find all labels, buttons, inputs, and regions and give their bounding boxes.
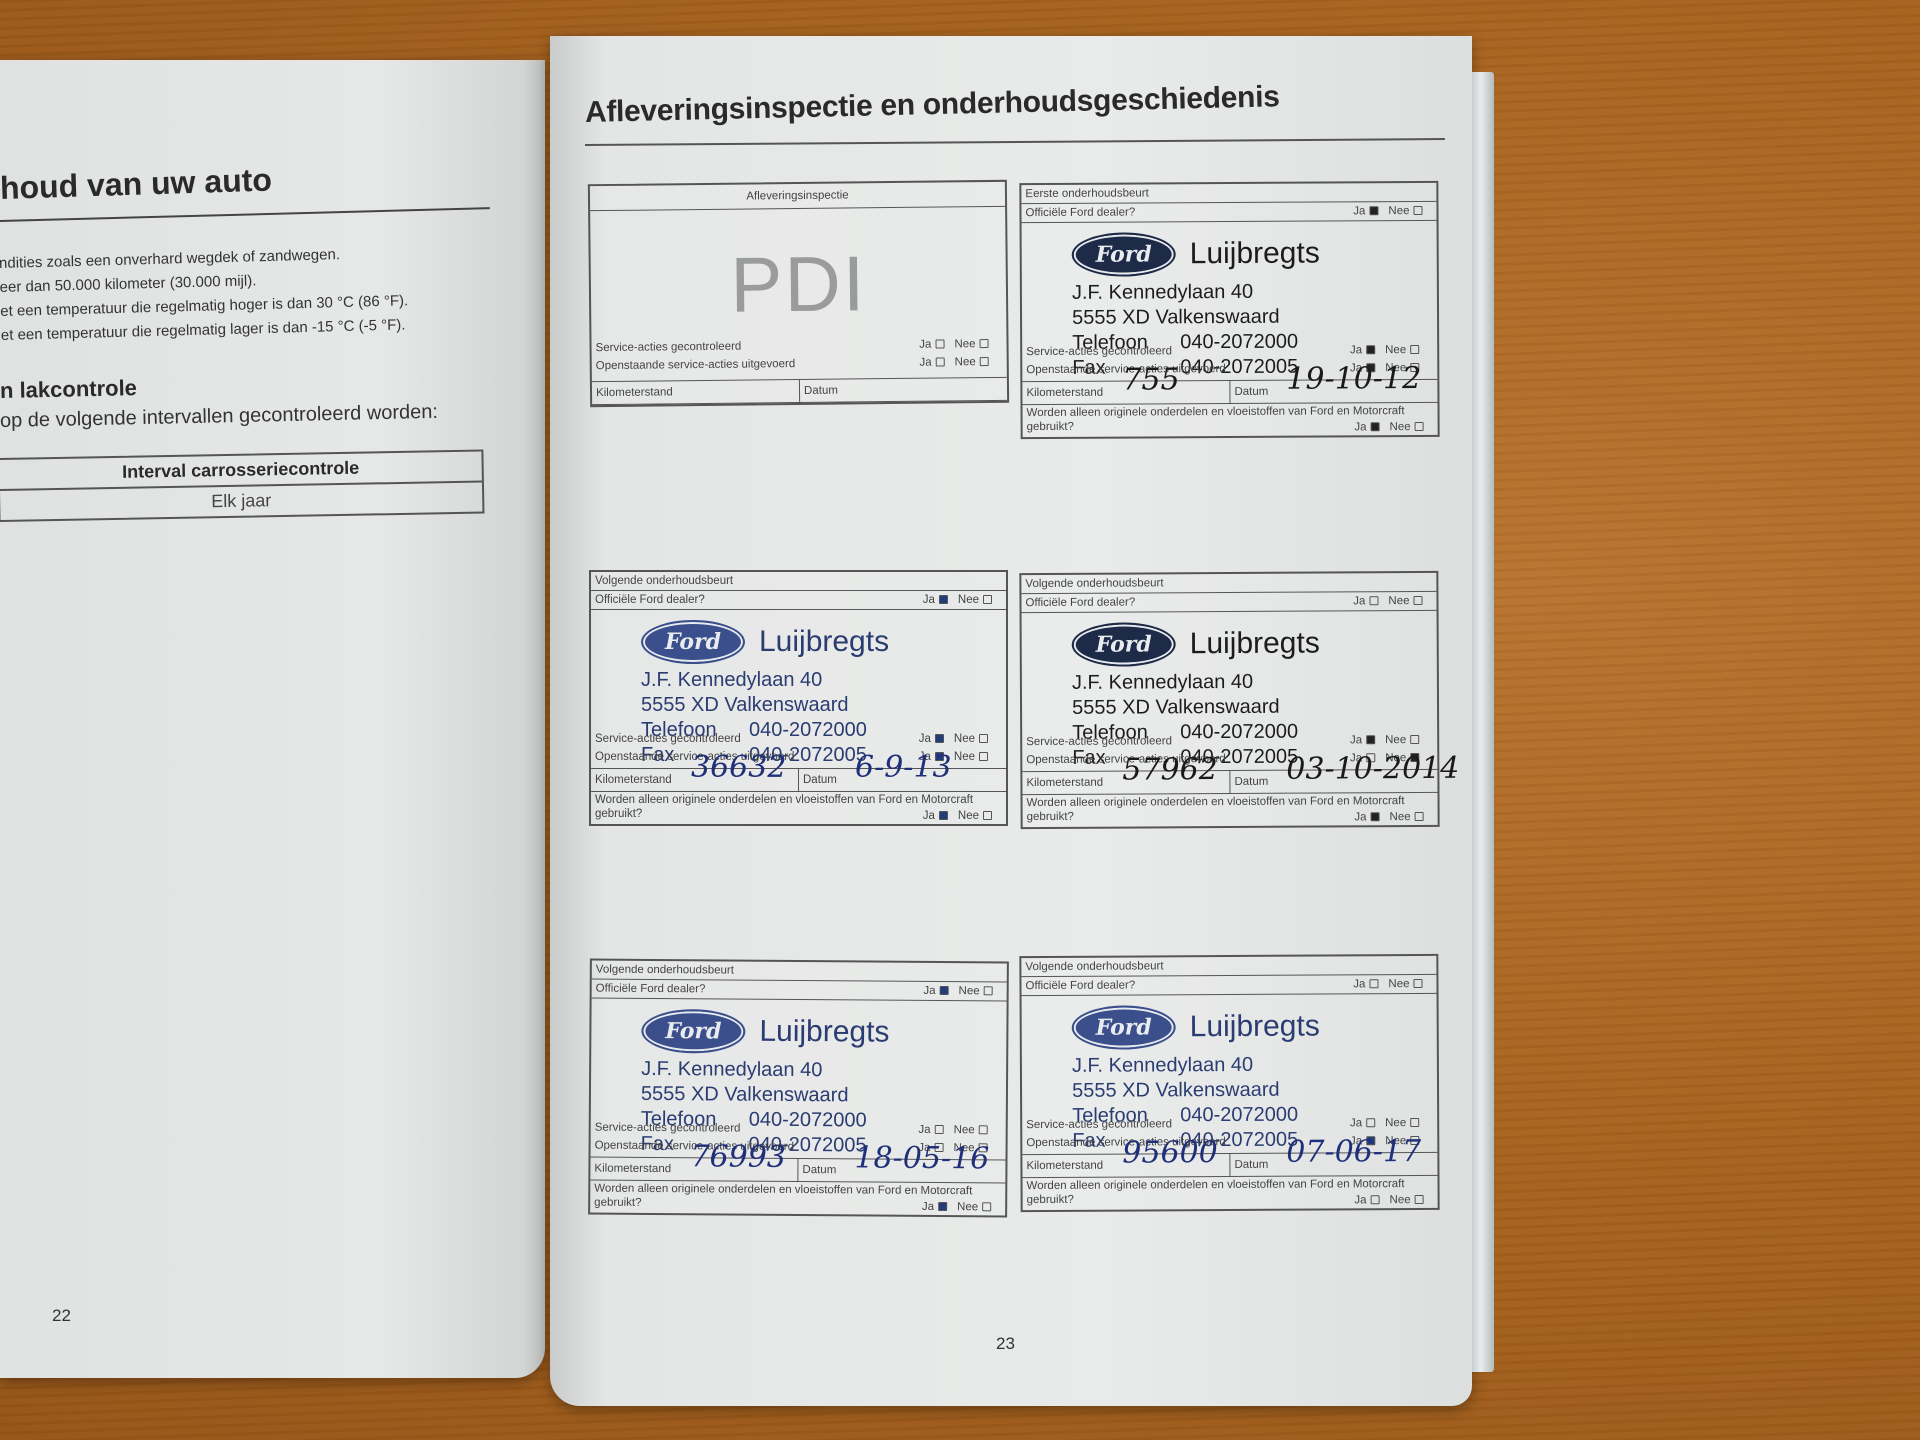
card-header: Volgende onderhoudsbeurt [1021,956,1436,977]
date-field[interactable]: Datum [800,378,1007,402]
handwritten-date: 07-06-17 [1286,1141,1421,1164]
official-dealer-row: Officiële Ford dealer?JaNee [1021,202,1436,223]
handwritten-date: 18-05-16 [854,1147,989,1170]
checkbox-no[interactable] [979,752,988,761]
paint-check-heading: n lakcontrole [0,375,137,404]
ford-logo-icon: Ford [1072,622,1176,667]
card-body: Ford Luijbregts J.F. Kennedylaan 40 5555… [1022,611,1438,771]
pdi-label: PDI [590,237,1006,332]
paint-check-intro: op de volgende intervallen gecontroleerd… [0,401,438,433]
service-checked-row: Service-acties gecontroleerdJaNee [595,730,1002,748]
checkbox-yes[interactable] [935,734,944,743]
checkbox-yes[interactable] [1369,980,1378,989]
handwritten-date: 6-9-13 [855,757,952,779]
mileage-date-row: Kilometerstand95600 Datum07-06-17 [1022,1152,1437,1178]
genuine-parts-row: Worden alleen originele onderdelen en vl… [1022,403,1437,437]
checkbox-yes[interactable] [938,1202,947,1211]
service-record-card: Eerste onderhoudsbeurt Officiële Ford de… [1019,181,1439,439]
card-header: Eerste onderhoudsbeurt [1021,183,1436,204]
date-field[interactable]: Datum6-9-13 [799,769,1006,791]
date-field[interactable]: Datum07-06-17 [1230,1153,1437,1176]
handwritten-mileage: 57962 [1122,759,1218,781]
dealer-name: Luijbregts [1190,1010,1320,1045]
left-page: houd van uw auto ndities zoals een onver… [0,60,545,1378]
mileage-field[interactable]: Kilometerstand [592,380,800,404]
card-body: PDI Service-acties gecontroleerd JaNee O… [590,207,1007,381]
checkbox-yes[interactable] [1370,813,1379,822]
card-body: Ford Luijbregts J.F. Kennedylaan 40 5555… [591,610,1006,768]
handwritten-mileage: 755 [1122,369,1179,391]
service-record-card: Volgende onderhoudsbeurt Officiële Ford … [1019,571,1439,829]
mileage-date-row: Kilometerstand36632 Datum6-9-13 [591,768,1006,792]
mileage-field[interactable]: Kilometerstand95600 [1022,1154,1230,1177]
card-body: Ford Luijbregts J.F. Kennedylaan 40 5555… [1022,994,1438,1154]
checkbox-no[interactable] [1415,812,1424,821]
ford-logo-icon: Ford [1072,1005,1176,1050]
checkbox-yes[interactable] [940,986,949,995]
date-field[interactable]: Datum18-05-16 [798,1159,1005,1182]
checkbox-no[interactable] [979,1126,988,1135]
ford-logo-icon: Ford [641,1009,745,1054]
checkbox-yes[interactable] [936,358,945,367]
checkbox-yes[interactable] [935,1125,944,1134]
checkbox-no[interactable] [979,734,988,743]
service-checked-row: Service-acties gecontroleerdJaNee [1026,731,1433,751]
mileage-field[interactable]: Kilometerstand76993 [590,1158,798,1181]
genuine-parts-row: Worden alleen originele onderdelen en vl… [591,792,1006,824]
date-field[interactable]: Datum03-10-2014 [1230,770,1437,793]
dealer-name: Luijbregts [1190,627,1320,662]
mileage-field[interactable]: Kilometerstand57962 [1022,771,1230,794]
dealer-name: Luijbregts [759,625,889,659]
checkbox-no[interactable] [982,1203,991,1212]
left-page-title: houd van uw auto [0,161,272,207]
checkbox-no[interactable] [1410,735,1419,744]
checkbox-yes[interactable] [1366,736,1375,745]
checkbox-yes[interactable] [935,340,944,349]
checkbox-no[interactable] [1410,1118,1419,1127]
checkbox-no[interactable] [980,357,989,366]
mileage-field[interactable]: Kilometerstand36632 [591,769,799,791]
page-number-right: 23 [996,1334,1015,1354]
mileage-date-row: Kilometerstand76993 Datum18-05-16 [590,1157,1005,1184]
conditions-list: ndities zoals een onverhard wegdek of za… [0,241,409,348]
checkbox-yes[interactable] [1369,597,1378,606]
pdi-card: Afleveringsinspectie PDI Service-acties … [588,180,1009,407]
ford-logo-icon: Ford [1072,232,1176,277]
checkbox-no[interactable] [1413,979,1422,988]
mileage-date-row: Kilometerstand755 Datum19-10-12 [1022,379,1437,405]
checkbox-no[interactable] [983,595,992,604]
handwritten-date: 03-10-2014 [1286,758,1459,781]
checkbox-no[interactable] [1413,206,1422,215]
dealer-name: Luijbregts [1190,237,1320,272]
checkbox-no[interactable] [1410,345,1419,354]
dealer-name: Luijbregts [759,1015,889,1050]
service-record-card: Volgende onderhoudsbeurt Officiële Ford … [589,570,1008,826]
checkbox-no[interactable] [1413,596,1422,605]
checkbox-yes[interactable] [1369,207,1378,216]
handwritten-date: 19-10-12 [1286,368,1421,391]
checkbox-no[interactable] [1415,422,1424,431]
card-header: Volgende onderhoudsbeurt [591,572,1006,591]
service-record-card: Volgende onderhoudsbeurt Officiële Ford … [588,959,1009,1218]
card-body: Ford Luijbregts J.F. Kennedylaan 40 5555… [1022,221,1438,381]
checkbox-yes[interactable] [1366,346,1375,355]
genuine-parts-row: Worden alleen originele onderdelen en vl… [590,1181,1005,1216]
checkbox-yes[interactable] [1370,423,1379,432]
mileage-date-row: Kilometerstand57962 Datum03-10-2014 [1022,769,1437,795]
handwritten-mileage: 95600 [1122,1142,1218,1164]
checkbox-no[interactable] [984,987,993,996]
body-check-interval-table: Interval carrosseriecontrole Elk jaar [0,450,484,522]
handwritten-mileage: 76993 [690,1146,786,1169]
genuine-parts-row: Worden alleen originele onderdelen en vl… [1022,1176,1437,1210]
checkbox-no[interactable] [979,339,988,348]
checkbox-no[interactable] [1415,1195,1424,1204]
official-dealer-row: Officiële Ford dealer?JaNee [1021,975,1436,996]
service-checked-row: Service-acties gecontroleerdJaNee [1026,341,1433,361]
mileage-field[interactable]: Kilometerstand755 [1022,381,1230,404]
service-checked-row: Service-acties gecontroleerdJaNee [1026,1114,1433,1134]
title-divider [0,207,490,222]
page-number-left: 22 [52,1306,71,1326]
service-record-card: Volgende onderhoudsbeurt Officiële Ford … [1019,954,1439,1212]
outstanding-done-row: Openstaande service-acties uitgevoerd Ja… [596,353,1003,375]
official-dealer-row: Officiële Ford dealer?JaNee [1021,592,1436,613]
mileage-date-row: Kilometerstand Datum [592,377,1007,405]
checkbox-no[interactable] [983,811,992,820]
date-field[interactable]: Datum19-10-12 [1230,380,1437,403]
ford-logo-icon: Ford [641,620,745,664]
checkbox-yes[interactable] [939,595,948,604]
card-body: Ford Luijbregts J.F. Kennedylaan 40 5555… [591,999,1007,1160]
card-header: Volgende onderhoudsbeurt [1021,573,1436,594]
checkbox-yes[interactable] [1366,1119,1375,1128]
checkbox-yes[interactable] [1370,1196,1379,1205]
official-dealer-row: Officiële Ford dealer?JaNee [591,591,1006,610]
page-stack-edge [1472,72,1494,1372]
handwritten-mileage: 36632 [691,757,786,779]
genuine-parts-row: Worden alleen originele onderdelen en vl… [1022,793,1437,827]
checkbox-yes[interactable] [939,811,948,820]
